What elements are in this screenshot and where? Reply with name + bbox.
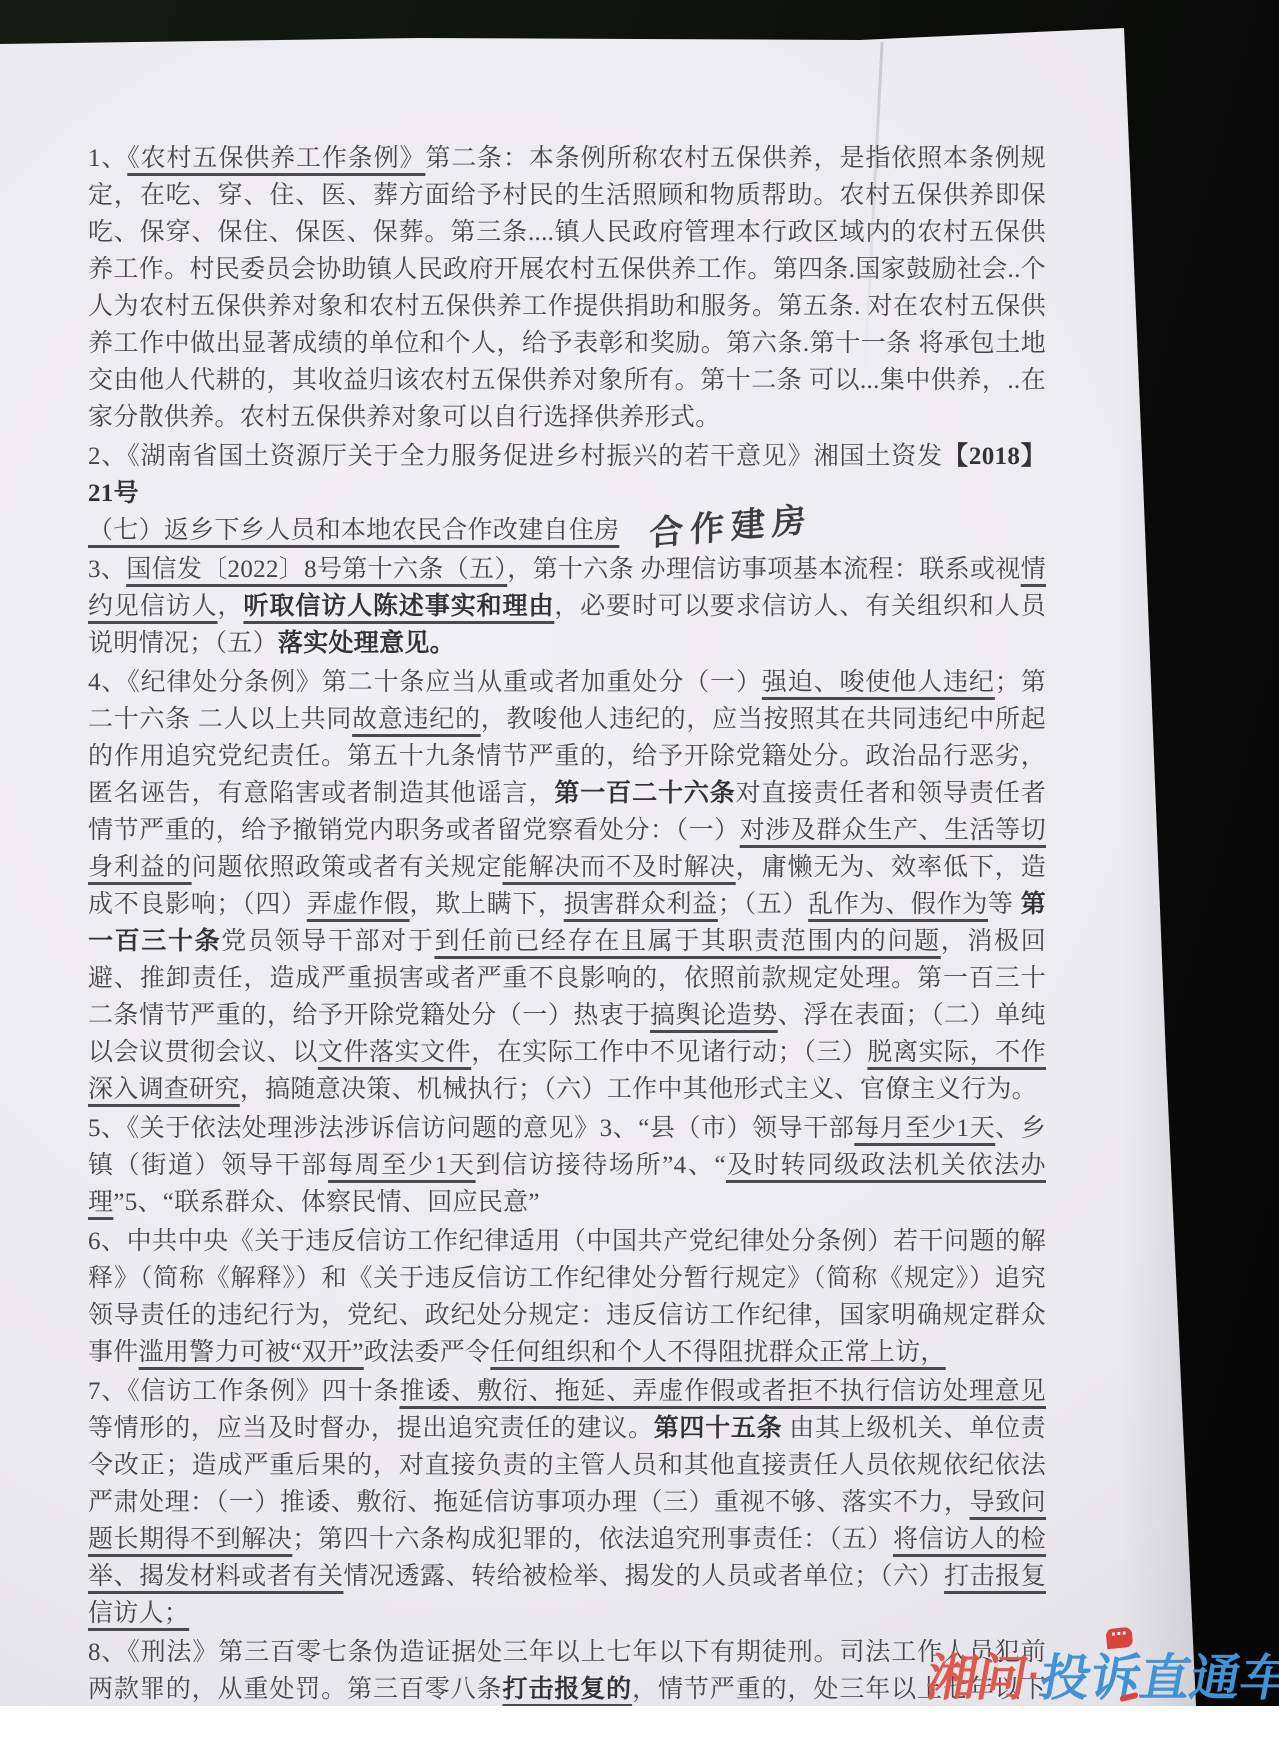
text-run: 5、《关于依法处理涉法涉诉信访问题的意见》3、“县（市）领导干部 xyxy=(88,1115,854,1142)
text-run: ， xyxy=(218,593,244,620)
text-run: 第二条：本条例所称农村五保供养，是指依照本条例规定，在吃、穿、住、医、葬方面给予… xyxy=(88,145,1046,431)
text-run: 3、 xyxy=(88,556,126,583)
text-run: 等情形的，应当及时督办，提出追究责任的建议。 xyxy=(88,1415,654,1442)
paragraph: 7、《信访工作条例》四十条推诿、敷衍、拖延、弄虚作假或者拒不执行信访处理意见等情… xyxy=(88,1373,1046,1632)
text-run: 党员领导干部对于 xyxy=(221,928,434,955)
text-run: ”5、“联系群众、体察民情、回应民意” xyxy=(113,1189,540,1216)
underlined-text: 故意违纪的 xyxy=(352,706,481,733)
underlined-text: 每月至少1天 xyxy=(854,1115,995,1142)
paragraph: 8、《刑法》第三百零七条伪造证据处三年以上七年以下有期徒刑。司法工作人员犯前两款… xyxy=(88,1634,1046,1706)
watermark-service-name: 投诉直通车 xyxy=(1036,1650,1279,1706)
paragraph: 2、《湖南省国土资源厅关于全力服务促进乡村振兴的若干意见》湘国土资发【2018】… xyxy=(88,438,1046,549)
text-run: 问题依照政策或者有关规定 xyxy=(192,854,503,881)
text-run: ，第十六条 办理信访事项基本流程：联系或视 xyxy=(507,556,1020,583)
text-run: 落实处理意见。 xyxy=(278,630,455,657)
underlined-text: 国信发〔2022〕8号第十六条（五） xyxy=(126,556,507,583)
text-run: 第一百二十六条 xyxy=(554,780,735,807)
underlined-text: 弄虚作假 xyxy=(307,891,410,918)
text-run: 7、《信访工作条例》四十条 xyxy=(88,1378,399,1405)
underlined-text: 搞舆论造势 xyxy=(650,1002,778,1029)
text-run: 2、《湖南省国土资源厅关于全力服务促进乡村振兴的若干意见》湘国土资发 xyxy=(88,443,943,470)
paragraph: 3、国信发〔2022〕8号第十六条（五），第十六条 办理信访事项基本流程：联系或… xyxy=(88,551,1046,662)
watermark-logo: 湘问·投诉直通车 ⋯ xyxy=(922,1638,1279,1706)
text-run: 到信访接待场所”4、“ xyxy=(476,1152,726,1179)
underlined-text: 听取信访人陈述事实和理由 xyxy=(243,593,554,620)
underlined-text: 到任前已经存在且属于其职责范围内的问题 xyxy=(434,928,940,955)
photo-scene: 1、《农村五保供养工作条例》第二条：本条例所称农村五保供养，是指依照本条例规定，… xyxy=(0,0,1279,1706)
text-run: 政法委严令 xyxy=(364,1339,491,1366)
underlined-text: 文件落实文件 xyxy=(318,1039,471,1066)
text-run: 4、《纪律处分条例》第二十条应当从重或者加重处分（一） xyxy=(88,669,762,696)
underlined-text: 强迫、唆使他人违纪 xyxy=(762,669,995,696)
underlined-text: 能解决而不及时解决 xyxy=(503,854,736,881)
text-run: ；（五） xyxy=(718,891,808,918)
document-body: 1、《农村五保供养工作条例》第二条：本条例所称农村五保供养，是指依照本条例规定，… xyxy=(88,140,1046,1706)
paragraph: 1、《农村五保供养工作条例》第二条：本条例所称农村五保供养，是指依照本条例规定，… xyxy=(88,140,1046,436)
underlined-text: 任何组织和个人不得阻扰群众正常上访， xyxy=(490,1339,945,1366)
paragraph: 5、《关于依法处理涉法涉诉信访问题的意见》3、“县（市）领导干部每月至少1天、乡… xyxy=(88,1110,1046,1221)
text-run: 等 xyxy=(988,891,1021,918)
handwritten-annotation: 合作建房 xyxy=(650,520,813,534)
text-run: 1、 xyxy=(88,145,127,172)
paper-sheet: 1、《农村五保供养工作条例》第二条：本条例所称农村五保供养，是指依照本条例规定，… xyxy=(0,0,1279,1706)
text-run: ；第四十六条构成犯罪的，依法追究刑事责任：（五） xyxy=(292,1526,893,1553)
watermark-site-name: 湘问 xyxy=(922,1650,1032,1706)
underlined-text: 《农村五保供养工作条例》 xyxy=(127,145,425,172)
paragraph: 4、《纪律处分条例》第二十条应当从重或者加重处分（一）强迫、唆使他人违纪；第二十… xyxy=(88,664,1046,1108)
underlined-text: 推诿、敷衍、拖延、弄虚作假或者拒不执行信访处理意见 xyxy=(399,1378,1046,1405)
underlined-text: 损害群众利益 xyxy=(564,891,718,918)
paragraph: 6、中共中央《关于违反信访工作纪律适用（中国共产党纪律处分条例）若干问题的解释》… xyxy=(88,1223,1046,1371)
text-run: ，欺上瞒下， xyxy=(410,891,564,918)
underlined-text: （七）返乡下乡人员和本地农民合作改建自住房 xyxy=(88,517,619,544)
underlined-text: 打击报复的 xyxy=(503,1676,633,1703)
speech-bubble-icon: ⋯ xyxy=(1105,1627,1133,1650)
text-run: ，搞随意决策、机械执行；（六）工作中其他形式主义、官僚主义行为。 xyxy=(240,1076,1037,1103)
text-run: 第四十五条 xyxy=(654,1415,783,1442)
text-run: ，在实际工作中不见诸行动；（三） xyxy=(471,1039,867,1066)
underlined-text: 每周至少1天 xyxy=(328,1152,476,1179)
underlined-text: 乱作为、假作为 xyxy=(808,891,988,918)
text-run: 情况透露、转给被检举、揭发的人员或者单位；（六） xyxy=(343,1563,944,1590)
underlined-text: 滥用警力可被“双开” xyxy=(139,1339,364,1366)
